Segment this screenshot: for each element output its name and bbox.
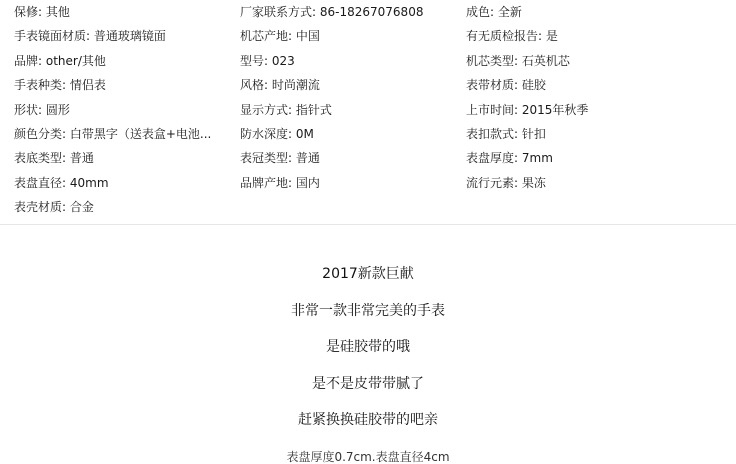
- attribute-value: 针扣: [522, 127, 546, 141]
- attribute-separator: :: [86, 29, 94, 43]
- description-line: 是硅胶带的哦: [0, 329, 736, 366]
- attribute-value: 40mm: [70, 176, 109, 190]
- attribute-value: 2015年秋季: [522, 103, 589, 117]
- attribute-value: 硅胶: [522, 78, 546, 92]
- description-line: 赶紧换换硅胶带的吧亲: [0, 402, 736, 439]
- attribute-label: 表带材质: [466, 78, 514, 92]
- attribute-separator: :: [514, 103, 522, 117]
- attribute-label: 型号: [240, 54, 264, 68]
- attribute-item: 表壳材质: 合金: [14, 195, 94, 219]
- attribute-label: 防水深度: [240, 127, 288, 141]
- attribute-label: 表盘直径: [14, 176, 62, 190]
- attribute-item: 表盘厚度: 7mm: [466, 146, 553, 170]
- attribute-separator: :: [62, 151, 70, 165]
- attribute-separator: :: [38, 103, 46, 117]
- attribute-item: 防水深度: 0M: [240, 122, 314, 146]
- attribute-item: 成色: 全新: [466, 0, 522, 24]
- attribute-item: 机芯产地: 中国: [240, 24, 320, 48]
- attribute-separator: :: [264, 54, 272, 68]
- attribute-separator: :: [62, 200, 70, 214]
- attribute-item: 厂家联系方式: 86-18267076808: [240, 0, 423, 24]
- attribute-label: 显示方式: [240, 103, 288, 117]
- attribute-separator: :: [490, 5, 498, 19]
- attribute-separator: :: [38, 5, 46, 19]
- attribute-value: 7mm: [522, 151, 553, 165]
- attribute-value: 国内: [296, 176, 320, 190]
- attribute-label: 流行元素: [466, 176, 514, 190]
- attribute-separator: :: [288, 29, 296, 43]
- attribute-value: 是: [546, 29, 558, 43]
- attribute-separator: :: [38, 54, 46, 68]
- attribute-label: 品牌: [14, 54, 38, 68]
- attribute-item: 风格: 时尚潮流: [240, 73, 320, 97]
- description-line: 2017新款巨献: [0, 256, 736, 293]
- attribute-value: 023: [272, 54, 295, 68]
- attribute-value: 白带黑字（送表盒+电池...: [70, 127, 212, 141]
- attribute-separator: :: [514, 127, 522, 141]
- attribute-item: 颜色分类: 白带黑字（送表盒+电池...: [14, 122, 211, 146]
- attribute-label: 机芯类型: [466, 54, 514, 68]
- attribute-label: 有无质检报告: [466, 29, 538, 43]
- attribute-separator: :: [288, 151, 296, 165]
- attribute-value: 普通玻璃镜面: [94, 29, 166, 43]
- attribute-value: 石英机芯: [522, 54, 570, 68]
- attribute-value: 情侣表: [70, 78, 106, 92]
- description-line: 是不是皮带带腻了: [0, 366, 736, 403]
- attribute-separator: :: [264, 78, 272, 92]
- attribute-label: 成色: [466, 5, 490, 19]
- attribute-value: 86-18267076808: [320, 5, 424, 19]
- attribute-item: 表盘直径: 40mm: [14, 171, 109, 195]
- attribute-label: 机芯产地: [240, 29, 288, 43]
- attribute-item: 品牌: other/其他: [14, 49, 106, 73]
- attribute-item: 型号: 023: [240, 49, 295, 73]
- attribute-label: 保修: [14, 5, 38, 19]
- attribute-item: 品牌产地: 国内: [240, 171, 320, 195]
- attribute-item: 流行元素: 果冻: [466, 171, 546, 195]
- attribute-item: 形状: 圆形: [14, 98, 70, 122]
- attribute-value: 0M: [296, 127, 314, 141]
- attribute-separator: :: [514, 78, 522, 92]
- attribute-separator: :: [288, 127, 296, 141]
- attribute-separator: :: [538, 29, 546, 43]
- attribute-item: 手表镜面材质: 普通玻璃镜面: [14, 24, 166, 48]
- attribute-label: 颜色分类: [14, 127, 62, 141]
- attribute-item: 表冠类型: 普通: [240, 146, 320, 170]
- attribute-label: 表冠类型: [240, 151, 288, 165]
- attribute-item: 上市时间: 2015年秋季: [466, 98, 588, 122]
- attribute-separator: :: [312, 5, 320, 19]
- attribute-label: 手表种类: [14, 78, 62, 92]
- attribute-value: 指针式: [296, 103, 332, 117]
- attribute-label: 表扣款式: [466, 127, 514, 141]
- attribute-label: 表壳材质: [14, 200, 62, 214]
- attribute-value: other/其他: [46, 54, 106, 68]
- attribute-value: 时尚潮流: [272, 78, 320, 92]
- attribute-separator: :: [288, 103, 296, 117]
- attribute-item: 表带材质: 硅胶: [466, 73, 546, 97]
- attribute-label: 上市时间: [466, 103, 514, 117]
- attribute-item: 显示方式: 指针式: [240, 98, 332, 122]
- attribute-label: 品牌产地: [240, 176, 288, 190]
- attribute-label: 厂家联系方式: [240, 5, 312, 19]
- attribute-label: 手表镜面材质: [14, 29, 86, 43]
- attribute-value: 合金: [70, 200, 94, 214]
- attribute-separator: :: [62, 127, 70, 141]
- description-line: 非常一款非常完美的手表: [0, 293, 736, 330]
- attribute-item: 手表种类: 情侣表: [14, 73, 106, 97]
- attribute-label: 表底类型: [14, 151, 62, 165]
- attribute-value: 普通: [70, 151, 94, 165]
- attribute-label: 表盘厚度: [466, 151, 514, 165]
- attribute-separator: :: [514, 54, 522, 68]
- attribute-separator: :: [62, 176, 70, 190]
- attribute-separator: :: [514, 176, 522, 190]
- attribute-value: 圆形: [46, 103, 70, 117]
- attribute-item: 保修: 其他: [14, 0, 70, 24]
- section-divider: [0, 224, 736, 225]
- attribute-value: 中国: [296, 29, 320, 43]
- attribute-label: 形状: [14, 103, 38, 117]
- attribute-item: 表扣款式: 针扣: [466, 122, 546, 146]
- attribute-separator: :: [62, 78, 70, 92]
- product-description: 2017新款巨献 非常一款非常完美的手表 是硅胶带的哦 是不是皮带带腻了 赶紧换…: [0, 256, 736, 464]
- attribute-item: 有无质检报告: 是: [466, 24, 558, 48]
- description-footnote: 表盘厚度0.7cm.表盘直径4cm: [0, 439, 736, 464]
- attribute-value: 普通: [296, 151, 320, 165]
- attribute-item: 表底类型: 普通: [14, 146, 94, 170]
- attribute-label: 风格: [240, 78, 264, 92]
- attribute-separator: :: [288, 176, 296, 190]
- attribute-item: 机芯类型: 石英机芯: [466, 49, 570, 73]
- attribute-separator: :: [514, 151, 522, 165]
- attribute-value: 其他: [46, 5, 70, 19]
- attribute-value: 全新: [498, 5, 522, 19]
- attribute-value: 果冻: [522, 176, 546, 190]
